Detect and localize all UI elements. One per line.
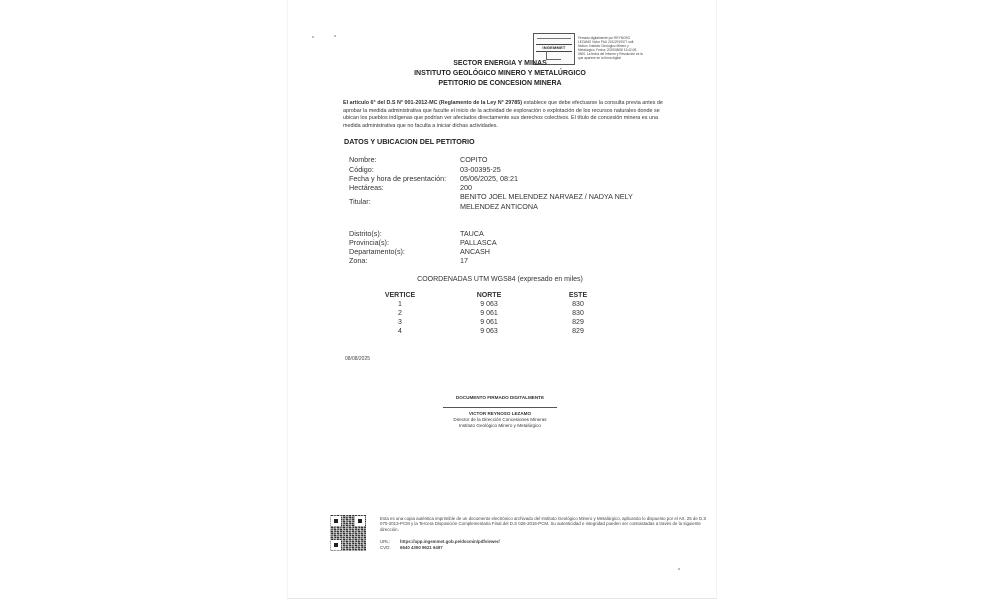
field-value-distrito: TAUCA [460,229,484,238]
field-value-provincia: PALLASCA [460,238,497,247]
field-value-hectareas: 200 [460,183,472,192]
scan-speck [312,36,314,38]
field-label-distrito: Distrito(s): [349,229,382,238]
field-value-titular: BENITO JOEL MELENDEZ NARVAEZ / NADYA NEL… [460,192,633,201]
qr-code [330,515,366,551]
cell-norte: 9 063 [459,301,519,308]
field-value-departamento: ANCASH [460,247,490,256]
cell-vertice: 1 [370,301,430,308]
footer-url-label: URL: [380,539,400,544]
header-institute: INSTITUTO GEOLÓGICO MINERO Y METALÚRGICO [380,70,620,77]
field-label-codigo: Código: [349,165,374,174]
cell-vertice: 2 [370,310,430,317]
cell-este: 830 [548,301,608,308]
intro-paragraph: El artículo 6° del D.S N° 001-2012-MC (R… [343,100,663,130]
signed-label: DOCUMENTO FIRMADO DIGITALMENTE [420,395,580,400]
scan-speck [678,568,680,570]
field-label-hectareas: Hectáreas: [349,183,384,192]
cell-este: 830 [548,310,608,317]
col-header-vertice: VERTICE [370,292,430,299]
cell-vertice: 3 [370,319,430,326]
footer-url-row: URL:https://app.ingemmet.gob.pe/docmin/p… [380,539,500,544]
field-value-fecha: 05/06/2025, 08:21 [460,174,518,183]
field-label-zona: Zona: [349,256,367,265]
signer-institution: Instituto Geológico Minero y Metalúrgico [420,423,580,429]
field-value-codigo: 03-00395-25 [460,165,501,174]
field-value-nombre: COPITO [460,155,487,164]
coordinates-title: COORDENADAS UTM WGS84 (expresado en mile… [380,276,620,283]
intro-lead: El artículo 6° del D.S N° 001-2012-MC (R… [343,100,522,106]
field-label-departamento: Departamento(s): [349,247,405,256]
cell-este: 829 [548,319,608,326]
cell-este: 829 [548,328,608,335]
footer-cvd-label: CVD: [380,545,400,550]
footer-cvd-value: 6640 4350 9621 6497 [400,545,443,550]
footer-cvd-row: CVD:6640 4350 9621 6497 [380,545,443,550]
header-document-type: PETITORIO DE CONCESION MINERA [380,80,620,87]
signature-stamp-text: Firmado digitalmente por REYNOSO LEZAMO … [578,36,644,60]
cell-norte: 9 061 [459,319,519,326]
col-header-norte: NORTE [459,292,519,299]
scan-speck [334,35,336,37]
header-sector: SECTOR ENERGIA Y MINAS [380,60,620,67]
section-title: DATOS Y UBICACION DEL PETITORIO [344,137,475,146]
field-label-fecha: Fecha y hora de presentación: [349,174,446,183]
cell-norte: 9 061 [459,310,519,317]
field-value-titular-cont: MELENDEZ ANTICONA [460,202,538,211]
field-label-provincia: Provincia(s): [349,238,389,247]
footer-url-link[interactable]: https://app.ingemmet.gob.pe/docmin/pdfvi… [400,539,500,544]
field-value-zona: 17 [460,256,468,265]
cell-norte: 9 063 [459,328,519,335]
signature-line [443,407,557,408]
document-page [287,0,717,599]
chevron-icon [546,51,561,60]
col-header-este: ESTE [548,292,608,299]
field-label-titular: Titular: [349,197,371,206]
footer-authenticity-text: Esta es una copia auténtica imprimible d… [380,516,710,532]
cell-vertice: 4 [370,328,430,335]
document-date: 08/08/2025 [345,356,370,362]
field-label-nombre: Nombre: [349,155,377,164]
